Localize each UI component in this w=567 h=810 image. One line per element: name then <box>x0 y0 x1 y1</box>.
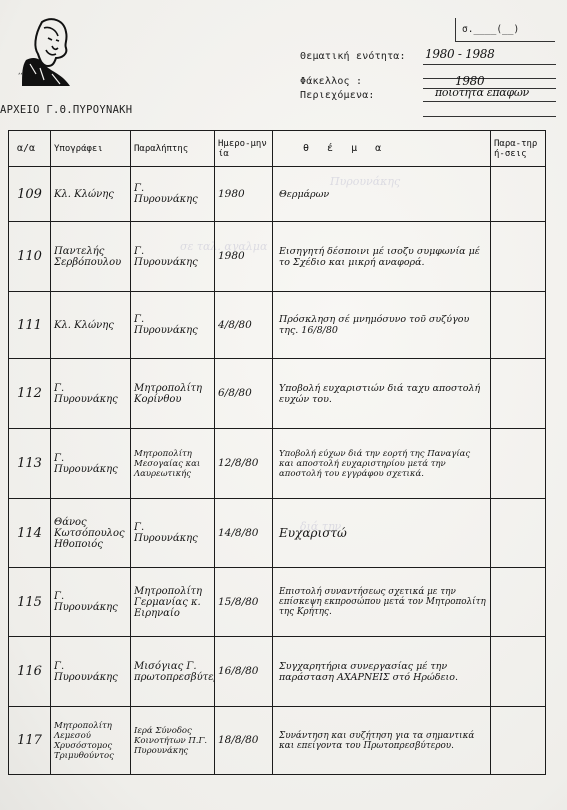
row-number: 111 <box>9 292 51 359</box>
row-date: 4/8/80 <box>215 292 273 359</box>
row-remarks <box>491 429 546 499</box>
row-date: 18/8/80 <box>215 707 273 775</box>
row-subject: Εισηγητή δέσποινι μέ ισοζυ συμφωνία μέ τ… <box>273 222 491 292</box>
row-recipient: Γ. Πυρουνάκης <box>131 292 215 359</box>
row-number: 109 <box>9 167 51 222</box>
row-number: 114 <box>9 499 51 568</box>
row-recipient: Μητροπολίτη Κορίνθου <box>131 359 215 429</box>
thematic-unit-label: Θεματική ενότητα: <box>300 51 406 62</box>
table-row: 109 Κλ. Κλώνης Γ. Πυρουνάκης 1980 Θερμάρ… <box>9 167 546 222</box>
row-remarks <box>491 499 546 568</box>
row-subject: Ευχαριστώ <box>273 499 491 568</box>
table-row: 113 Γ. Πυρουνάκης Μητροπολίτη Μεσογαίας … <box>9 429 546 499</box>
blank-line <box>423 116 556 117</box>
row-signer: Γ. Πυρουνάκης <box>51 637 131 707</box>
svg-text:ʻʻΥ.ή,: ʻʻΥ.ή, <box>18 72 36 80</box>
row-recipient: Μητροπολίτη Γερμανίας κ. Ειρηναίο <box>131 568 215 637</box>
row-date: 15/8/80 <box>215 568 273 637</box>
row-subject: Πρόσκληση σέ μνημόσυνο τοῦ συζύγου της. … <box>273 292 491 359</box>
row-recipient: Ιερά Σύνοδος Κοινοτήτων Π.Γ. Πυρουνάκης <box>131 707 215 775</box>
row-subject: Συνάντηση και συζήτηση για τα σημαντικά … <box>273 707 491 775</box>
folder-label: Φάκελλος : <box>300 76 362 87</box>
row-date: 6/8/80 <box>215 359 273 429</box>
thematic-unit-value: 1980 - 1988 <box>425 47 494 61</box>
row-signer: Γ. Πυρουνάκης <box>51 568 131 637</box>
row-signer: Γ. Πυρουνάκης <box>51 429 131 499</box>
row-recipient: Γ. Πυρουνάκης <box>131 222 215 292</box>
row-subject: Υποβολή εύχων διά την εορτή της Παναγίας… <box>273 429 491 499</box>
row-date: 16/8/80 <box>215 637 273 707</box>
column-header-serial: α/α <box>9 131 51 167</box>
row-number: 110 <box>9 222 51 292</box>
row-signer: Θάνος Κωτσόπουλος Ηθοποιός <box>51 499 131 568</box>
column-header-recipient: Παραλήπτης <box>131 131 215 167</box>
contents-line <box>423 101 556 102</box>
table-row: 116 Γ. Πυρουνάκης Μισόγιας Γ. πρωτοπρεσβ… <box>9 637 546 707</box>
blank-line <box>423 78 556 79</box>
row-date: 1980 <box>215 167 273 222</box>
row-remarks <box>491 707 546 775</box>
column-header-subject: θ έ μ α <box>273 131 491 167</box>
table-row: 114 Θάνος Κωτσόπουλος Ηθοποιός Γ. Πυρουν… <box>9 499 546 568</box>
thematic-unit-line <box>423 64 556 65</box>
row-remarks <box>491 359 546 429</box>
row-remarks <box>491 637 546 707</box>
row-remarks <box>491 568 546 637</box>
column-header-remarks: Παρα-τηρή-σεις <box>491 131 546 167</box>
row-signer: Κλ. Κλώνης <box>51 292 131 359</box>
row-recipient: Γ. Πυρουνάκης <box>131 499 215 568</box>
row-signer: Γ. Πυρουνάκης <box>51 359 131 429</box>
table-row: 112 Γ. Πυρουνάκης Μητροπολίτη Κορίνθου 6… <box>9 359 546 429</box>
row-remarks <box>491 167 546 222</box>
row-date: 1980 <box>215 222 273 292</box>
contents-value: ποιοτητα επαφων <box>435 86 529 99</box>
archive-title: ΑΡΧΕΙΟ Γ.Θ.ΠΥΡΟΥΝΑΚΗ <box>0 104 132 116</box>
correspondence-register-table: α/α Υπογράφει Παραλήπτης Ημερο-μηνία θ έ… <box>8 130 546 775</box>
row-number: 115 <box>9 568 51 637</box>
row-date: 12/8/80 <box>215 429 273 499</box>
row-signer: Μητροπολίτη Λεμεσού Χρυσόστομος Τριμυθού… <box>51 707 131 775</box>
row-number: 116 <box>9 637 51 707</box>
row-recipient: Μητροπολίτη Μεσογαίας και Λαυρεωτικής <box>131 429 215 499</box>
row-subject: Υποβολή ευχαριστιών διά ταχυ αποστολή ευ… <box>273 359 491 429</box>
table-row: 117 Μητροπολίτη Λεμεσού Χρυσόστομος Τριμ… <box>9 707 546 775</box>
column-header-signer: Υπογράφει <box>51 131 131 167</box>
row-recipient: Μισόγιας Γ. πρωτοπρεσβύτερος <box>131 637 215 707</box>
row-subject: Θερμάρων <box>273 167 491 222</box>
row-number: 117 <box>9 707 51 775</box>
row-number: 112 <box>9 359 51 429</box>
row-subject: Συγχαρητήρια συνεργασίας μέ την παράστασ… <box>273 637 491 707</box>
table-header-row: α/α Υπογράφει Παραλήπτης Ημερο-μηνία θ έ… <box>9 131 546 167</box>
column-header-date: Ημερο-μηνία <box>215 131 273 167</box>
row-date: 14/8/80 <box>215 499 273 568</box>
table-row: 115 Γ. Πυρουνάκης Μητροπολίτη Γερμανίας … <box>9 568 546 637</box>
portrait-sketch-logo: ʻʻΥ.ή, <box>12 14 82 92</box>
row-signer: Παντελής Σερβόπουλου <box>51 222 131 292</box>
row-recipient: Γ. Πυρουνάκης <box>131 167 215 222</box>
table-row: 110 Παντελής Σερβόπουλου Γ. Πυρουνάκης 1… <box>9 222 546 292</box>
row-remarks <box>491 292 546 359</box>
row-signer: Κλ. Κλώνης <box>51 167 131 222</box>
table-row: 111 Κλ. Κλώνης Γ. Πυρουνάκης 4/8/80 Πρόσ… <box>9 292 546 359</box>
row-remarks <box>491 222 546 292</box>
contents-label: Περιεχόμενα: <box>300 90 375 101</box>
row-subject: Επιστολή συναντήσεως σχετικά με την επίσ… <box>273 568 491 637</box>
row-number: 113 <box>9 429 51 499</box>
reference-number-box: σ.____(__) <box>455 18 555 42</box>
